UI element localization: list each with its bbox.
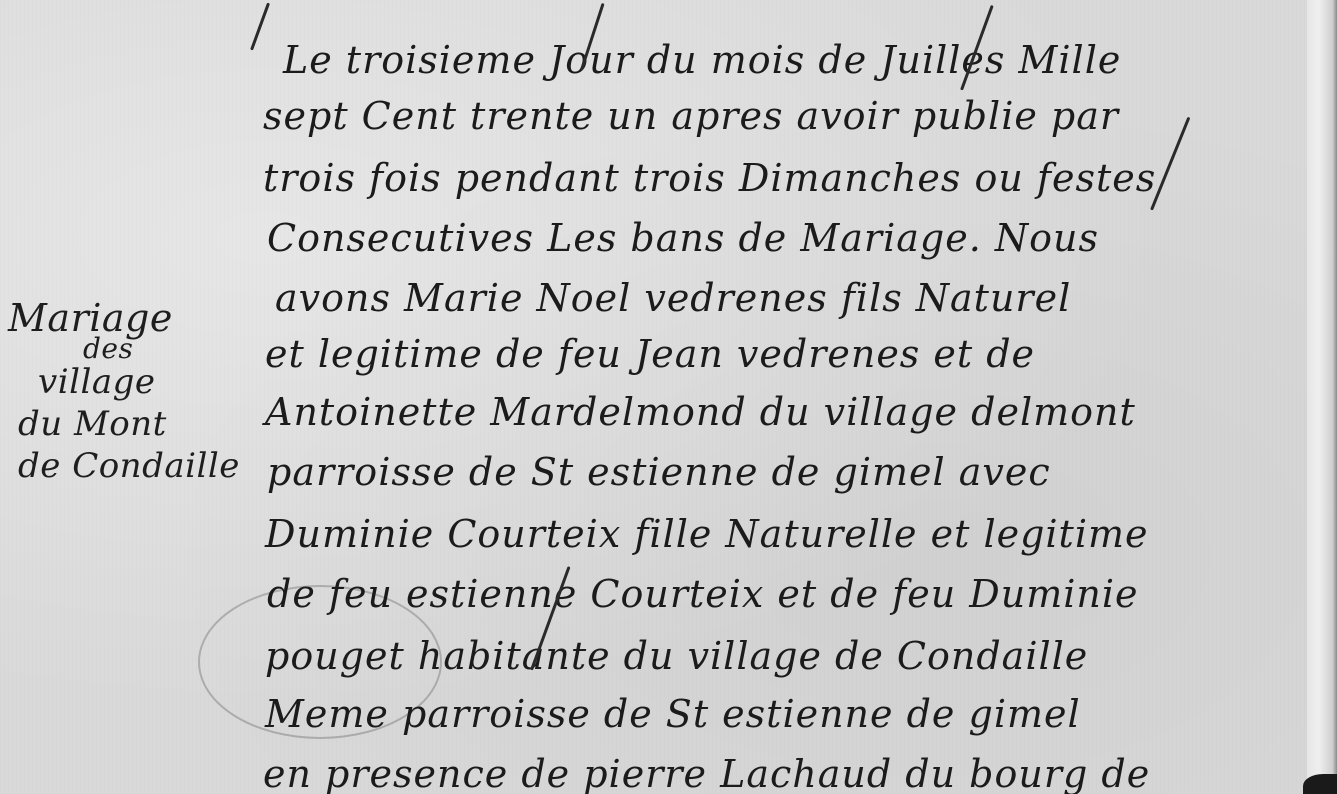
text-line: parroisse de St estienne de gimel avec	[267, 450, 1051, 494]
text-line: et legitime de feu Jean vedrenes et de	[265, 332, 1035, 376]
text-line: sept Cent trente un apres avoir publie p…	[263, 94, 1119, 138]
pen-stroke	[250, 3, 270, 51]
text-line: Le troisieme Jour du mois de Juilles Mil…	[283, 38, 1121, 82]
text-line: Duminie Courteix fille Naturelle et legi…	[265, 512, 1149, 556]
text-line: trois fois pendant trois Dimanches ou fe…	[263, 156, 1156, 200]
text-line: de feu estienne Courteix et de feu Dumin…	[267, 572, 1139, 616]
show-through-bleed	[20, 20, 230, 260]
margin-line: du Mont	[18, 404, 167, 444]
manuscript-page: Mariage des village du Mont de Condaille…	[0, 0, 1337, 794]
text-line: Consecutives Les bans de Mariage. Nous	[267, 216, 1099, 260]
ink-blot	[1303, 774, 1337, 794]
text-line: Meme parroisse de St estienne de gimel	[265, 692, 1081, 736]
margin-line: des	[83, 332, 133, 365]
margin-line: de Condaille	[18, 446, 240, 486]
page-edge-shadow	[1307, 0, 1337, 794]
text-line: pouget habitante du village de Condaille	[265, 634, 1088, 678]
text-line: en presence de pierre Lachaud du bourg d…	[263, 752, 1150, 794]
text-line: Antoinette Mardelmond du village delmont	[265, 390, 1136, 434]
text-line: avons Marie Noel vedrenes fils Naturel	[275, 276, 1071, 320]
margin-line: village	[38, 362, 156, 402]
